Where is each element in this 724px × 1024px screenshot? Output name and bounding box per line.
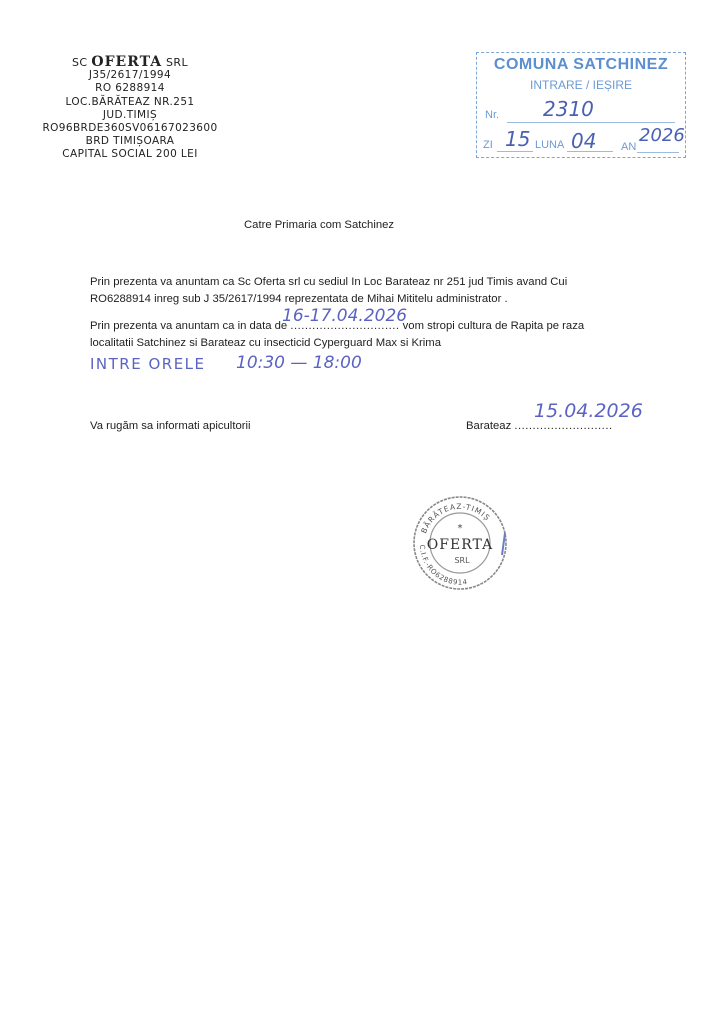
stamp-title: COMUNA SATCHINEZ [477,56,685,74]
paragraph2-before: Prin prezenta va anuntam ca in data de [90,320,287,332]
company-iban: RO96BRDE360SV06167023600 [30,122,230,135]
company-bank: BRD TIMIȘOARA [30,135,230,148]
company-name-line: SC OFERTA SRL [30,56,230,69]
stamp-nr-value: 2310 [543,97,594,121]
handwritten-date-range: 16-17.04.2026 [282,306,407,326]
stamp-nr-label: Nr. [485,109,499,121]
company-suffix: SRL [166,56,188,69]
closing-line: Va rugăm sa informati apicultorii [90,420,251,432]
company-cui: RO 6288914 [30,82,230,95]
company-address: LOC.BĂRĂTEAZ NR.251 [30,96,230,109]
company-prefix: SC [72,56,87,69]
handwritten-interval-label: INTRE ORELE [90,355,206,373]
svg-text:BĂRĂTEAZ-TIMIȘ: BĂRĂTEAZ-TIMIȘ [419,502,492,535]
stamp-luna-label: LUNA [535,139,564,151]
company-county: JUD.TIMIȘ [30,109,230,122]
stamp-an-value: 2026 [639,125,685,146]
place-name: Barateaz [466,420,511,432]
handwritten-sign-date: 15.04.2026 [534,400,643,422]
stamp-an-line [637,152,679,153]
stamp-zi-label: ZI [483,139,493,151]
svg-text:*: * [458,523,463,534]
stamp-zi-value: 15 [505,127,530,151]
company-header: SC OFERTA SRL J35/2617/1994 RO 6288914 L… [30,56,230,162]
stamp-an-label: AN [621,141,636,153]
company-seal: BĂRĂTEAZ-TIMIȘ C.I.F.-RO6288914 * OFERTA… [410,493,510,593]
svg-text:SRL: SRL [454,556,470,565]
stamp-luna-value: 04 [571,129,596,153]
stamp-zi-line [497,151,533,152]
handwritten-hours: 10:30 — 18:00 [236,353,362,373]
paragraph2-line2: localitatii Satchinez si Barateaz cu ins… [90,337,441,349]
recipient-line: Catre Primaria com Satchinez [244,219,394,231]
paragraph2-after: vom stropi cultura de Rapita pe raza [403,320,584,332]
company-capital: CAPITAL SOCIAL 200 LEI [30,148,230,161]
registration-stamp: COMUNA SATCHINEZ INTRARE / IEȘIRE Nr. 23… [476,52,686,158]
stamp-subtitle: INTRARE / IEȘIRE [477,78,685,92]
paragraph1-line2: RO6288914 inreg sub J 35/2617/1994 repre… [90,293,508,305]
seal-icon: BĂRĂTEAZ-TIMIȘ C.I.F.-RO6288914 * OFERTA… [410,493,510,593]
svg-text:OFERTA: OFERTA [427,537,493,553]
company-reg-number: J35/2617/1994 [30,69,230,82]
paragraph1-line1: Prin prezenta va anuntam ca Sc Oferta sr… [90,276,567,288]
stamp-nr-line [507,122,675,123]
company-name: OFERTA [91,54,162,70]
